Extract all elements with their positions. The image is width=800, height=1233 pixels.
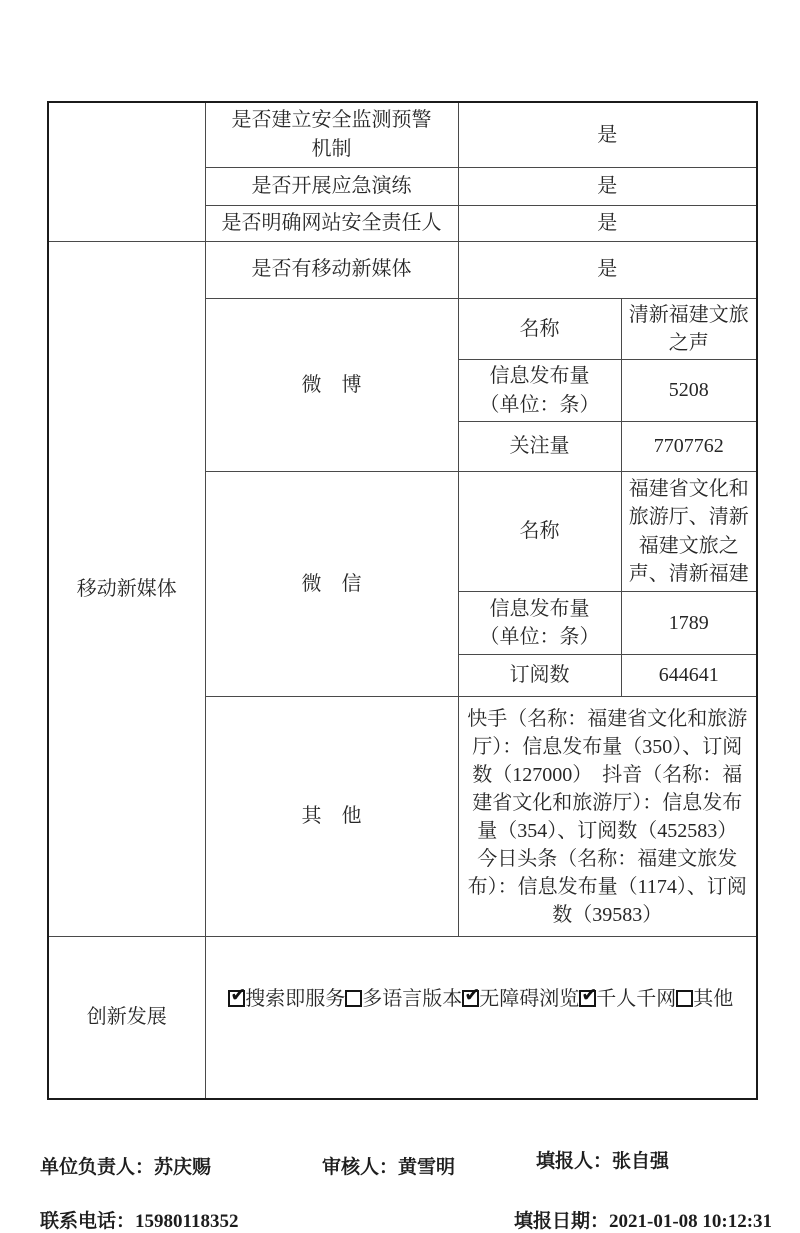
- mobile-media-section-header: 移动新媒体: [48, 241, 205, 937]
- checkmark-icon: ✔: [230, 986, 246, 1005]
- annual-report-table: 是否建立安全监测预警 机制 是 是否开展应急演练 是 是否明确网站安全责任人 是…: [47, 101, 758, 1100]
- checkbox-label: 搜索即服务: [245, 988, 345, 1010]
- weibo-name-value: 清新福建文旅 之声: [621, 298, 757, 360]
- section-continuation-cell: [48, 102, 205, 241]
- has-mobile-media-label: 是否有移动新媒体: [205, 241, 458, 298]
- filler-field: 填报人：张自强: [536, 1146, 669, 1173]
- reviewer-field: 审核人：黄雪明: [322, 1152, 455, 1179]
- checkbox-item-multilingual: 多语言版本: [345, 985, 462, 1013]
- weibo-followers-value: 7707762: [621, 422, 757, 472]
- checkbox-item-other: 其他: [676, 985, 733, 1013]
- wechat-posts-value: 1789: [621, 592, 757, 655]
- filing-date-field: 填报日期：2021-01-08 10:12:31: [514, 1206, 772, 1233]
- platform-weibo-cell: 微 博: [205, 298, 458, 472]
- wechat-posts-label: 信息发布量 （单位：条）: [458, 592, 621, 655]
- platform-wechat-cell: 微 信: [205, 472, 458, 697]
- checkbox-label: 其他: [693, 988, 733, 1010]
- weibo-posts-label: 信息发布量 （单位：条）: [458, 360, 621, 422]
- innovation-section-header: 创新发展: [48, 937, 205, 1099]
- checkbox-item-accessibility: ✔无障碍浏览: [462, 985, 579, 1013]
- checkbox-label: 无障碍浏览: [479, 988, 579, 1010]
- checkbox-item-personalization: ✔千人千网: [579, 985, 676, 1013]
- security-question-value: 是: [458, 167, 757, 205]
- security-question-label: 是否明确网站安全责任人: [205, 205, 458, 241]
- security-question-label: 是否开展应急演练: [205, 167, 458, 205]
- innovation-checkbox-row: ✔搜索即服务多语言版本✔无障碍浏览✔千人千网其他: [205, 937, 757, 1099]
- unit-head-field: 单位负责人：苏庆赐: [40, 1152, 211, 1179]
- security-question-label: 是否建立安全监测预警 机制: [205, 102, 458, 167]
- checkbox-unchecked-icon: [676, 990, 693, 1007]
- checkbox-checked-icon: ✔: [228, 990, 245, 1007]
- weibo-followers-label: 关注量: [458, 422, 621, 472]
- platform-other-cell: 其 他: [205, 697, 458, 937]
- checkmark-icon: ✔: [464, 986, 480, 1005]
- security-question-value: 是: [458, 205, 757, 241]
- checkbox-checked-icon: ✔: [579, 990, 596, 1007]
- weibo-name-label: 名称: [458, 298, 621, 360]
- other-platforms-detail: 快手（名称：福建省文化和旅游 厅）：信息发布量（350）、订阅 数（127000…: [458, 697, 757, 937]
- checkbox-checked-icon: ✔: [462, 990, 479, 1007]
- wechat-subscribers-value: 644641: [621, 655, 757, 697]
- security-question-value: 是: [458, 102, 757, 167]
- checkmark-icon: ✔: [581, 986, 597, 1005]
- contact-phone-field: 联系电话：15980118352: [40, 1206, 238, 1233]
- wechat-name-value: 福建省文化和 旅游厅、清新 福建文旅之 声、清新福建: [621, 472, 757, 592]
- weibo-posts-value: 5208: [621, 360, 757, 422]
- checkbox-label: 多语言版本: [362, 988, 462, 1010]
- has-mobile-media-value: 是: [458, 241, 757, 298]
- checkbox-unchecked-icon: [345, 990, 362, 1007]
- wechat-subscribers-label: 订阅数: [458, 655, 621, 697]
- checkbox-item-search-service: ✔搜索即服务: [228, 985, 345, 1013]
- wechat-name-label: 名称: [458, 472, 621, 592]
- checkbox-label: 千人千网: [596, 988, 676, 1010]
